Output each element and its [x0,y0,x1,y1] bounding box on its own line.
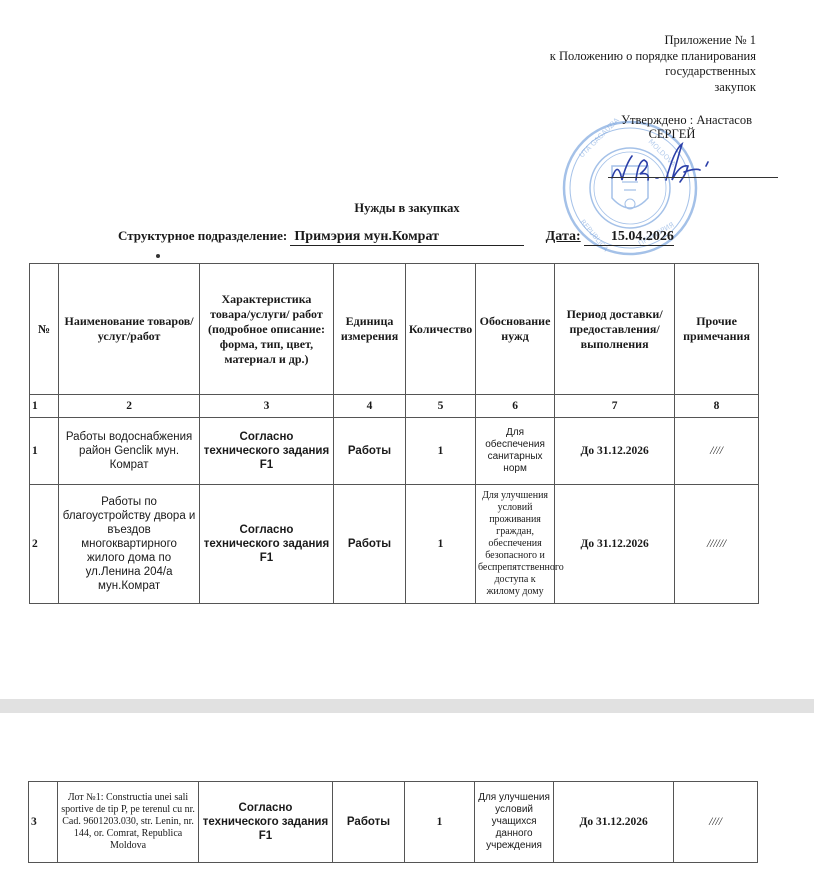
item-spec: Согласно технического задания F1 [200,418,334,485]
signature-icon [610,140,730,190]
subdivision-value: Примэрия мун.Комрат [290,229,524,246]
appendix-line: закупок [550,80,756,96]
approved-name: СЕРГЕЙ [552,127,752,141]
column-header-spec: Характеристика товара/услуги/ работ (под… [200,264,334,395]
row-number: 2 [30,485,59,604]
item-name: Работы водоснабжения район Genclik мун. … [59,418,200,485]
item-period: До 31.12.2026 [555,418,675,485]
page-separator [0,699,814,713]
document-title: Нужды в закупках [0,201,814,216]
column-number: 4 [333,395,405,418]
column-header-number: № [30,264,59,395]
item-unit: Работы [333,485,405,604]
column-number-row: 1 2 3 4 5 6 7 8 [30,395,759,418]
appendix-header: Приложение № 1 к Положению о порядке пла… [550,33,756,95]
item-period: До 31.12.2026 [554,782,674,863]
signature-line [608,177,778,178]
column-number: 7 [555,395,675,418]
item-period: До 31.12.2026 [555,485,675,604]
column-number: 2 [59,395,200,418]
procurement-needs-table: № Наименование товаров/услуг/работ Харак… [29,263,759,604]
column-number: 8 [675,395,759,418]
appendix-line: к Положению о порядке планирования [550,49,756,65]
column-header-quantity: Количество [406,264,476,395]
appendix-line: государственных [550,64,756,80]
item-notes: //// [675,418,759,485]
item-quantity: 1 [406,418,476,485]
subdivision-label: Структурное подразделение: [118,228,287,243]
table-row: 2 Работы по благоустройству двора и въез… [30,485,759,604]
column-number: 1 [30,395,59,418]
date-value: 15.04.2026 [584,229,674,246]
item-name: Работы по благоустройству двора и въездо… [59,485,200,604]
table-row: 3 Лот №1: Constructia unei sali sportive… [29,782,758,863]
item-reason: Для улучшения условий учащихся данного у… [474,782,553,863]
item-quantity: 1 [405,782,475,863]
column-header-notes: Прочие примечания [675,264,759,395]
table-header-row: № Наименование товаров/услуг/работ Харак… [30,264,759,395]
column-number: 3 [200,395,334,418]
date-label: Дата: [546,229,581,244]
column-header-unit: Единица измерения [333,264,405,395]
table-row: 1 Работы водоснабжения район Genclik мун… [30,418,759,485]
item-spec: Согласно технического задания F1 [200,485,334,604]
item-notes: //// [674,782,758,863]
column-number: 6 [475,395,554,418]
item-name: Лот №1: Constructia unei sali sportive d… [58,782,199,863]
scan-speck [156,254,160,258]
item-unit: Работы [333,418,405,485]
row-number: 3 [29,782,58,863]
column-header-period: Период доставки/ предоставления/ выполне… [555,264,675,395]
column-header-name: Наименование товаров/услуг/работ [59,264,200,395]
column-number: 5 [406,395,476,418]
procurement-needs-table-continued: 3 Лот №1: Constructia unei sali sportive… [28,781,758,863]
column-header-reason: Обоснование нужд [475,264,554,395]
item-quantity: 1 [406,485,476,604]
item-unit: Работы [332,782,404,863]
row-number: 1 [30,418,59,485]
appendix-line: Приложение № 1 [550,33,756,49]
approved-label: Утверждено : Анастасов [621,113,752,127]
subdivision-line: Структурное подразделение: Примэрия мун.… [118,228,674,246]
item-reason: Для обеспечения санитарных норм [475,418,554,485]
item-notes: ////// [675,485,759,604]
item-reason: Для улучшения условий проживания граждан… [475,485,554,604]
approval-block: Утверждено : Анастасов СЕРГЕЙ [552,113,752,141]
item-spec: Согласно технического задания F1 [199,782,333,863]
